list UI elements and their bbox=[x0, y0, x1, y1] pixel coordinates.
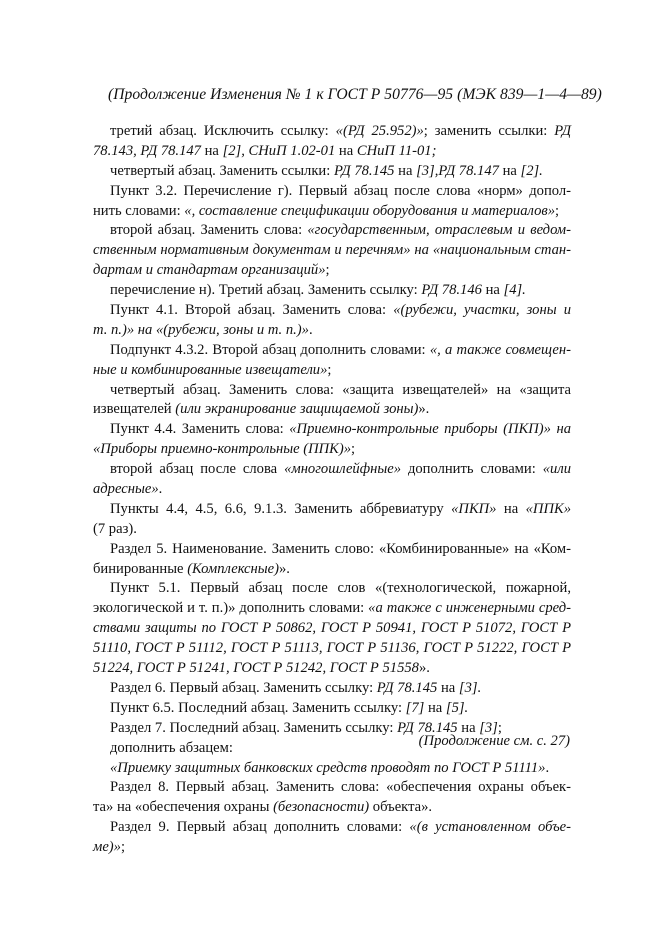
text-line: дартам и стандартам организаций»; bbox=[93, 261, 571, 281]
text: на bbox=[437, 680, 459, 696]
text: Раздел 8. Первый абзац. Заменить слова: … bbox=[110, 779, 571, 795]
italic-text: дартам и стандартам организаций» bbox=[93, 262, 326, 278]
italic-text: 78.143, РД 78.147 bbox=[93, 143, 201, 159]
italic-text: РД bbox=[554, 123, 571, 139]
text: объекта». bbox=[369, 799, 432, 815]
italic-text: «(в установленном объе- bbox=[409, 819, 571, 835]
italic-text: РД 78.145 bbox=[377, 680, 438, 696]
italic-text: ме)» bbox=[93, 839, 121, 855]
text: Раздел 9. Первый абзац дополнить словами… bbox=[110, 819, 409, 835]
italic-text: «Приемно-контрольные приборы (ПКП)» на bbox=[289, 421, 571, 437]
italic-text: СНиП 11-01; bbox=[357, 143, 437, 159]
paragraph: четвертый абзац. Заменить ссылки: РД 78.… bbox=[93, 162, 571, 182]
text: Пункт 6.5. Последний абзац. Заменить ссы… bbox=[110, 700, 406, 716]
paragraph: Пункт 6.5. Последний абзац. Заменить ссы… bbox=[93, 699, 571, 719]
italic-text: [2]. bbox=[521, 163, 543, 179]
text: второй абзац после слова bbox=[110, 461, 284, 477]
text-line: второй абзац после слова «многошлейфные»… bbox=[93, 460, 571, 480]
text: . bbox=[159, 481, 163, 497]
italic-text: [3],РД 78.147 bbox=[416, 163, 499, 179]
text: ; заменить ссылки: bbox=[424, 123, 554, 139]
italic-text: «государственным, отраслевым и ведом- bbox=[307, 222, 571, 238]
paragraph: второй абзац после слова «многошлейфные»… bbox=[93, 460, 571, 500]
text-line: Пункты 4.4, 4.5, 6.6, 9.1.3. Заменить аб… bbox=[93, 500, 571, 520]
text: четвертый абзац. Заменить ссылки: bbox=[110, 163, 334, 179]
text: (7 раз). bbox=[93, 521, 137, 537]
text: ; bbox=[326, 262, 330, 278]
text: четвертый абзац. Заменить слова: «защита… bbox=[110, 382, 571, 398]
text: Пункты 4.4, 4.5, 6.6, 9.1.3. Заменить аб… bbox=[110, 501, 451, 517]
text-line: ствами защиты по ГОСТ Р 50862, ГОСТ Р 50… bbox=[93, 619, 571, 639]
text: Пункт 4.1. Второй абзац. Заменить слова: bbox=[110, 302, 393, 318]
italic-text: «многошлейфные» bbox=[284, 461, 401, 477]
text: ». bbox=[419, 660, 430, 676]
text-line: Раздел 6. Первый абзац. Заменить ссылку:… bbox=[93, 679, 571, 699]
paragraph: четвертый абзац. Заменить слова: «защита… bbox=[93, 381, 571, 421]
italic-text: «Приборы приемно-контрольные (ППК)» bbox=[93, 441, 351, 457]
italic-text: «или bbox=[543, 461, 571, 477]
text: ; bbox=[327, 362, 331, 378]
italic-text: [2], СНиП 1.02-01 bbox=[223, 143, 336, 159]
running-header: (Продолжение Изменения № 1 к ГОСТ Р 5077… bbox=[108, 86, 570, 104]
text: ; bbox=[351, 441, 355, 457]
text: третий абзац. Исключить ссылку: bbox=[110, 123, 336, 139]
italic-text: «, составление спецификации оборудования… bbox=[184, 203, 555, 219]
text-line: 78.143, РД 78.147 на [2], СНиП 1.02-01 н… bbox=[93, 142, 571, 162]
text: та» на «обеспечения охраны bbox=[93, 799, 273, 815]
text-line: ме)»; bbox=[93, 838, 571, 858]
text: нить словами: bbox=[93, 203, 184, 219]
text-line: Пункт 3.2. Перечисление г). Первый абзац… bbox=[93, 182, 571, 202]
text-line: бинированные (Комплексные)». bbox=[93, 560, 571, 580]
italic-text: (или экранирование защищаемой зоны) bbox=[175, 401, 418, 417]
italic-text: 51110, ГОСТ Р 51112, ГОСТ Р 51113, ГОСТ … bbox=[93, 640, 571, 656]
text: Подпункт 4.3.2. Второй абзац дополнить с… bbox=[110, 342, 430, 358]
text: второй абзац. Заменить слова: bbox=[110, 222, 307, 238]
text: на bbox=[496, 501, 525, 517]
italic-text: ствами защиты по ГОСТ Р 50862, ГОСТ Р 50… bbox=[93, 620, 571, 636]
text-line: 51224, ГОСТ Р 51241, ГОСТ Р 51242, ГОСТ … bbox=[93, 659, 571, 679]
text-line: Пункт 6.5. Последний абзац. Заменить ссы… bbox=[93, 699, 571, 719]
italic-text: [5]. bbox=[446, 700, 468, 716]
italic-text: ственным нормативным документам и перечн… bbox=[93, 242, 571, 258]
italic-text: адресные» bbox=[93, 481, 159, 497]
text-line: Раздел 5. Наименование. Заменить слово: … bbox=[93, 540, 571, 560]
paragraph: «Приемку защитных банковских средств про… bbox=[93, 759, 571, 779]
text: экологической и т. п.)» дополнить словам… bbox=[93, 600, 368, 616]
text: ; bbox=[121, 839, 125, 855]
text: на bbox=[335, 143, 357, 159]
text-line: извещателей (или экранирование защищаемо… bbox=[93, 400, 571, 420]
text: дополнить словами: bbox=[401, 461, 543, 477]
text-line: перечисление н). Третий абзац. Заменить … bbox=[93, 281, 571, 301]
text-line: Пункт 4.1. Второй абзац. Заменить слова:… bbox=[93, 301, 571, 321]
italic-text: «(РД 25.952)» bbox=[336, 123, 424, 139]
text: . bbox=[309, 322, 313, 338]
text: Раздел 5. Наименование. Заменить слово: … bbox=[110, 541, 571, 557]
document-page: (Продолжение Изменения № 1 к ГОСТ Р 5077… bbox=[0, 0, 661, 936]
text: . bbox=[545, 760, 549, 776]
text-line: ственным нормативным документам и перечн… bbox=[93, 241, 571, 261]
italic-text: [4]. bbox=[504, 282, 526, 298]
text: ». bbox=[418, 401, 429, 417]
text: Пункт 3.2. Перечисление г). Первый абзац… bbox=[110, 183, 571, 199]
italic-text: ные и комбинированные извещатели» bbox=[93, 362, 327, 378]
text-line: экологической и т. п.)» дополнить словам… bbox=[93, 599, 571, 619]
text-line: адресные». bbox=[93, 480, 571, 500]
italic-text: «Приемку защитных банковских средств про… bbox=[110, 760, 545, 776]
paragraph: Пункт 3.2. Перечисление г). Первый абзац… bbox=[93, 182, 571, 222]
italic-text: «(рубежи, участки, зоны и bbox=[393, 302, 571, 318]
text-line: Пункт 5.1. Первый абзац после слов «(тех… bbox=[93, 579, 571, 599]
text: извещателей bbox=[93, 401, 175, 417]
italic-text: «, а также совмещен- bbox=[430, 342, 571, 358]
text-line: третий абзац. Исключить ссылку: «(РД 25.… bbox=[93, 122, 571, 142]
paragraph: перечисление н). Третий абзац. Заменить … bbox=[93, 281, 571, 301]
text: Раздел 6. Первый абзац. Заменить ссылку: bbox=[110, 680, 377, 696]
text-line: четвертый абзац. Заменить слова: «защита… bbox=[93, 381, 571, 401]
italic-text: [7] bbox=[406, 700, 425, 716]
text: ; bbox=[555, 203, 559, 219]
text-line: Раздел 8. Первый абзац. Заменить слова: … bbox=[93, 778, 571, 798]
text-line: второй абзац. Заменить слова: «государст… bbox=[93, 221, 571, 241]
text-line: нить словами: «, составление спецификаци… bbox=[93, 202, 571, 222]
text-line: Подпункт 4.3.2. Второй абзац дополнить с… bbox=[93, 341, 571, 361]
text-line: четвертый абзац. Заменить ссылки: РД 78.… bbox=[93, 162, 571, 182]
italic-text: «ППК» bbox=[526, 501, 571, 517]
text-line: та» на «обеспечения охраны (безопасности… bbox=[93, 798, 571, 818]
italic-text: РД 78.146 bbox=[421, 282, 482, 298]
text-line: 51110, ГОСТ Р 51112, ГОСТ Р 51113, ГОСТ … bbox=[93, 639, 571, 659]
text: на bbox=[424, 700, 446, 716]
text-line: Пункт 4.4. Заменить слова: «Приемно-конт… bbox=[93, 420, 571, 440]
paragraph: Пункт 4.4. Заменить слова: «Приемно-конт… bbox=[93, 420, 571, 460]
italic-text: т. п.)» на «(рубежи, зоны и т. п.)» bbox=[93, 322, 309, 338]
paragraph: Подпункт 4.3.2. Второй абзац дополнить с… bbox=[93, 341, 571, 381]
text: на bbox=[394, 163, 416, 179]
continuation-note: (Продолжение см. с. 27) bbox=[108, 733, 570, 750]
text-line: ные и комбинированные извещатели»; bbox=[93, 361, 571, 381]
text: Пункт 5.1. Первый абзац после слов «(тех… bbox=[110, 580, 571, 596]
paragraph: Пункт 4.1. Второй абзац. Заменить слова:… bbox=[93, 301, 571, 341]
italic-text: 51224, ГОСТ Р 51241, ГОСТ Р 51242, ГОСТ … bbox=[93, 660, 419, 676]
text: перечисление н). Третий абзац. Заменить … bbox=[110, 282, 421, 298]
text: на bbox=[482, 282, 504, 298]
italic-text: [3]. bbox=[459, 680, 481, 696]
paragraph: Раздел 5. Наименование. Заменить слово: … bbox=[93, 540, 571, 580]
text-line: «Приемку защитных банковских средств про… bbox=[93, 759, 571, 779]
text: на bbox=[499, 163, 521, 179]
paragraph: Пункты 4.4, 4.5, 6.6, 9.1.3. Заменить аб… bbox=[93, 500, 571, 540]
paragraph: второй абзац. Заменить слова: «государст… bbox=[93, 221, 571, 281]
text-line: «Приборы приемно-контрольные (ППК)»; bbox=[93, 440, 571, 460]
text: Пункт 4.4. Заменить слова: bbox=[110, 421, 289, 437]
paragraph: Раздел 6. Первый абзац. Заменить ссылку:… bbox=[93, 679, 571, 699]
text: на bbox=[201, 143, 223, 159]
italic-text: (Комплексные) bbox=[187, 561, 279, 577]
text-line: Раздел 9. Первый абзац дополнить словами… bbox=[93, 818, 571, 838]
text-line: (7 раз). bbox=[93, 520, 571, 540]
paragraph: Раздел 8. Первый абзац. Заменить слова: … bbox=[93, 778, 571, 818]
italic-text: «ПКП» bbox=[451, 501, 496, 517]
italic-text: (безопасности) bbox=[273, 799, 369, 815]
italic-text: «а также с инженерными сред- bbox=[368, 600, 571, 616]
paragraph: третий абзац. Исключить ссылку: «(РД 25.… bbox=[93, 122, 571, 162]
text-line: т. п.)» на «(рубежи, зоны и т. п.)». bbox=[93, 321, 571, 341]
paragraph: Пункт 5.1. Первый абзац после слов «(тех… bbox=[93, 579, 571, 678]
paragraph: Раздел 9. Первый абзац дополнить словами… bbox=[93, 818, 571, 858]
italic-text: РД 78.145 bbox=[334, 163, 395, 179]
text: ». bbox=[279, 561, 290, 577]
text: бинированные bbox=[93, 561, 187, 577]
